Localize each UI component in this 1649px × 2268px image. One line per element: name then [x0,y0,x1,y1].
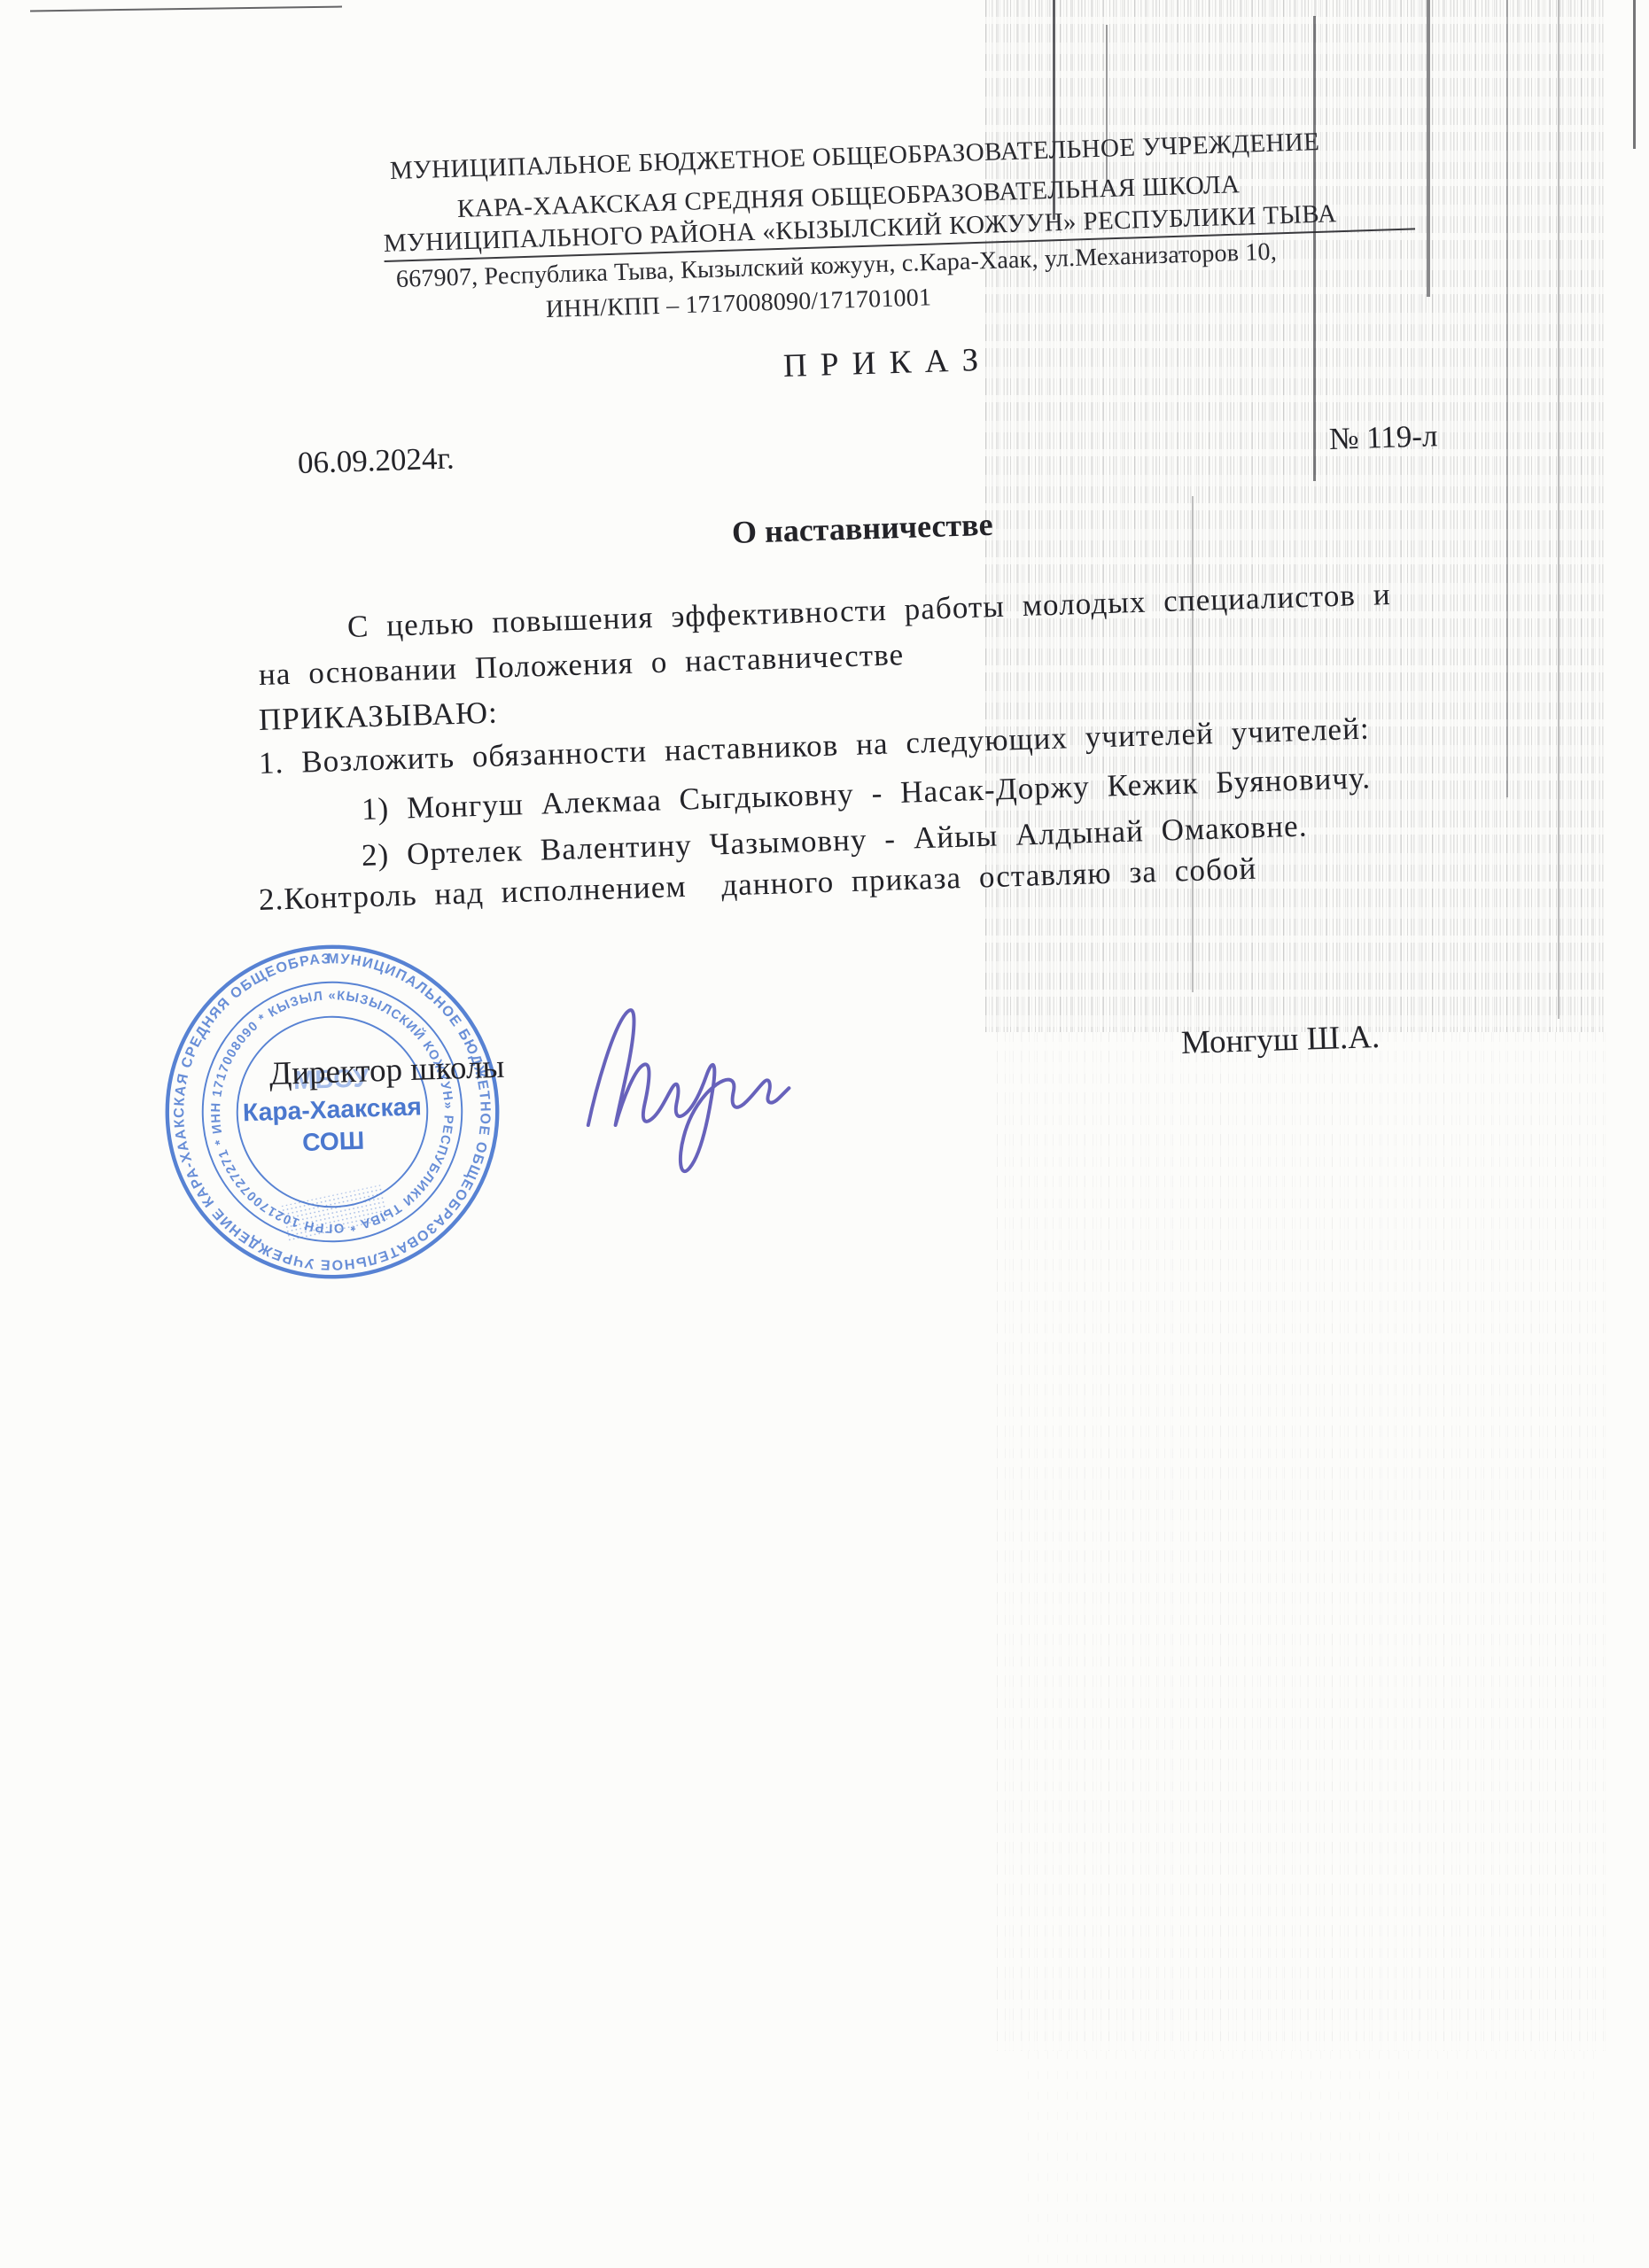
scan-streaks-bottom [997,1032,1608,2051]
handwritten-signature [580,979,873,1174]
scan-artifact-line [1558,0,1560,1019]
scan-streaks-faint [1028,2051,1595,2268]
scan-artifact-line [1313,16,1316,481]
stamp-center-sosh: СОШ [302,1126,365,1156]
scan-artifact-line [1106,25,1108,189]
scan-artifact-line [1506,0,1508,797]
body-paragraph-line-1: С целью повышения эффективности работы м… [346,577,1391,645]
signature-role: Директор школы [268,1048,505,1093]
scan-artifact-top-line [30,6,342,12]
signature-name: Монгуш Ш.А. [1180,1018,1380,1062]
scan-artifact-line [1427,0,1430,297]
school-stamp: МУНИЦИПАЛЬНОЕ БЮДЖЕТНОЕ ОБЩЕОБРАЗОВАТЕЛЬ… [153,933,510,1290]
body-paragraph-line-2: на основании Положения о наставничестве [258,637,904,693]
order-verb: ПРИКАЗЫВАЮ: [258,695,498,738]
order-subject: О наставничестве [731,506,993,551]
letterhead-inn-kpp: ИНН/КПП – 1717008090/171701001 [545,283,931,324]
scan-artifact-line [1633,0,1636,149]
order-title: П Р И К А З [782,341,981,385]
order-number: № 119-л [1328,418,1438,457]
order-date: 06.09.2024г. [297,440,455,481]
scanned-order-document: МУНИЦИПАЛЬНОЕ БЮДЖЕТНОЕ ОБЩЕОБРАЗОВАТЕЛЬ… [0,0,1649,2268]
stamp-center-name: Кара-Хаакская [242,1091,422,1126]
